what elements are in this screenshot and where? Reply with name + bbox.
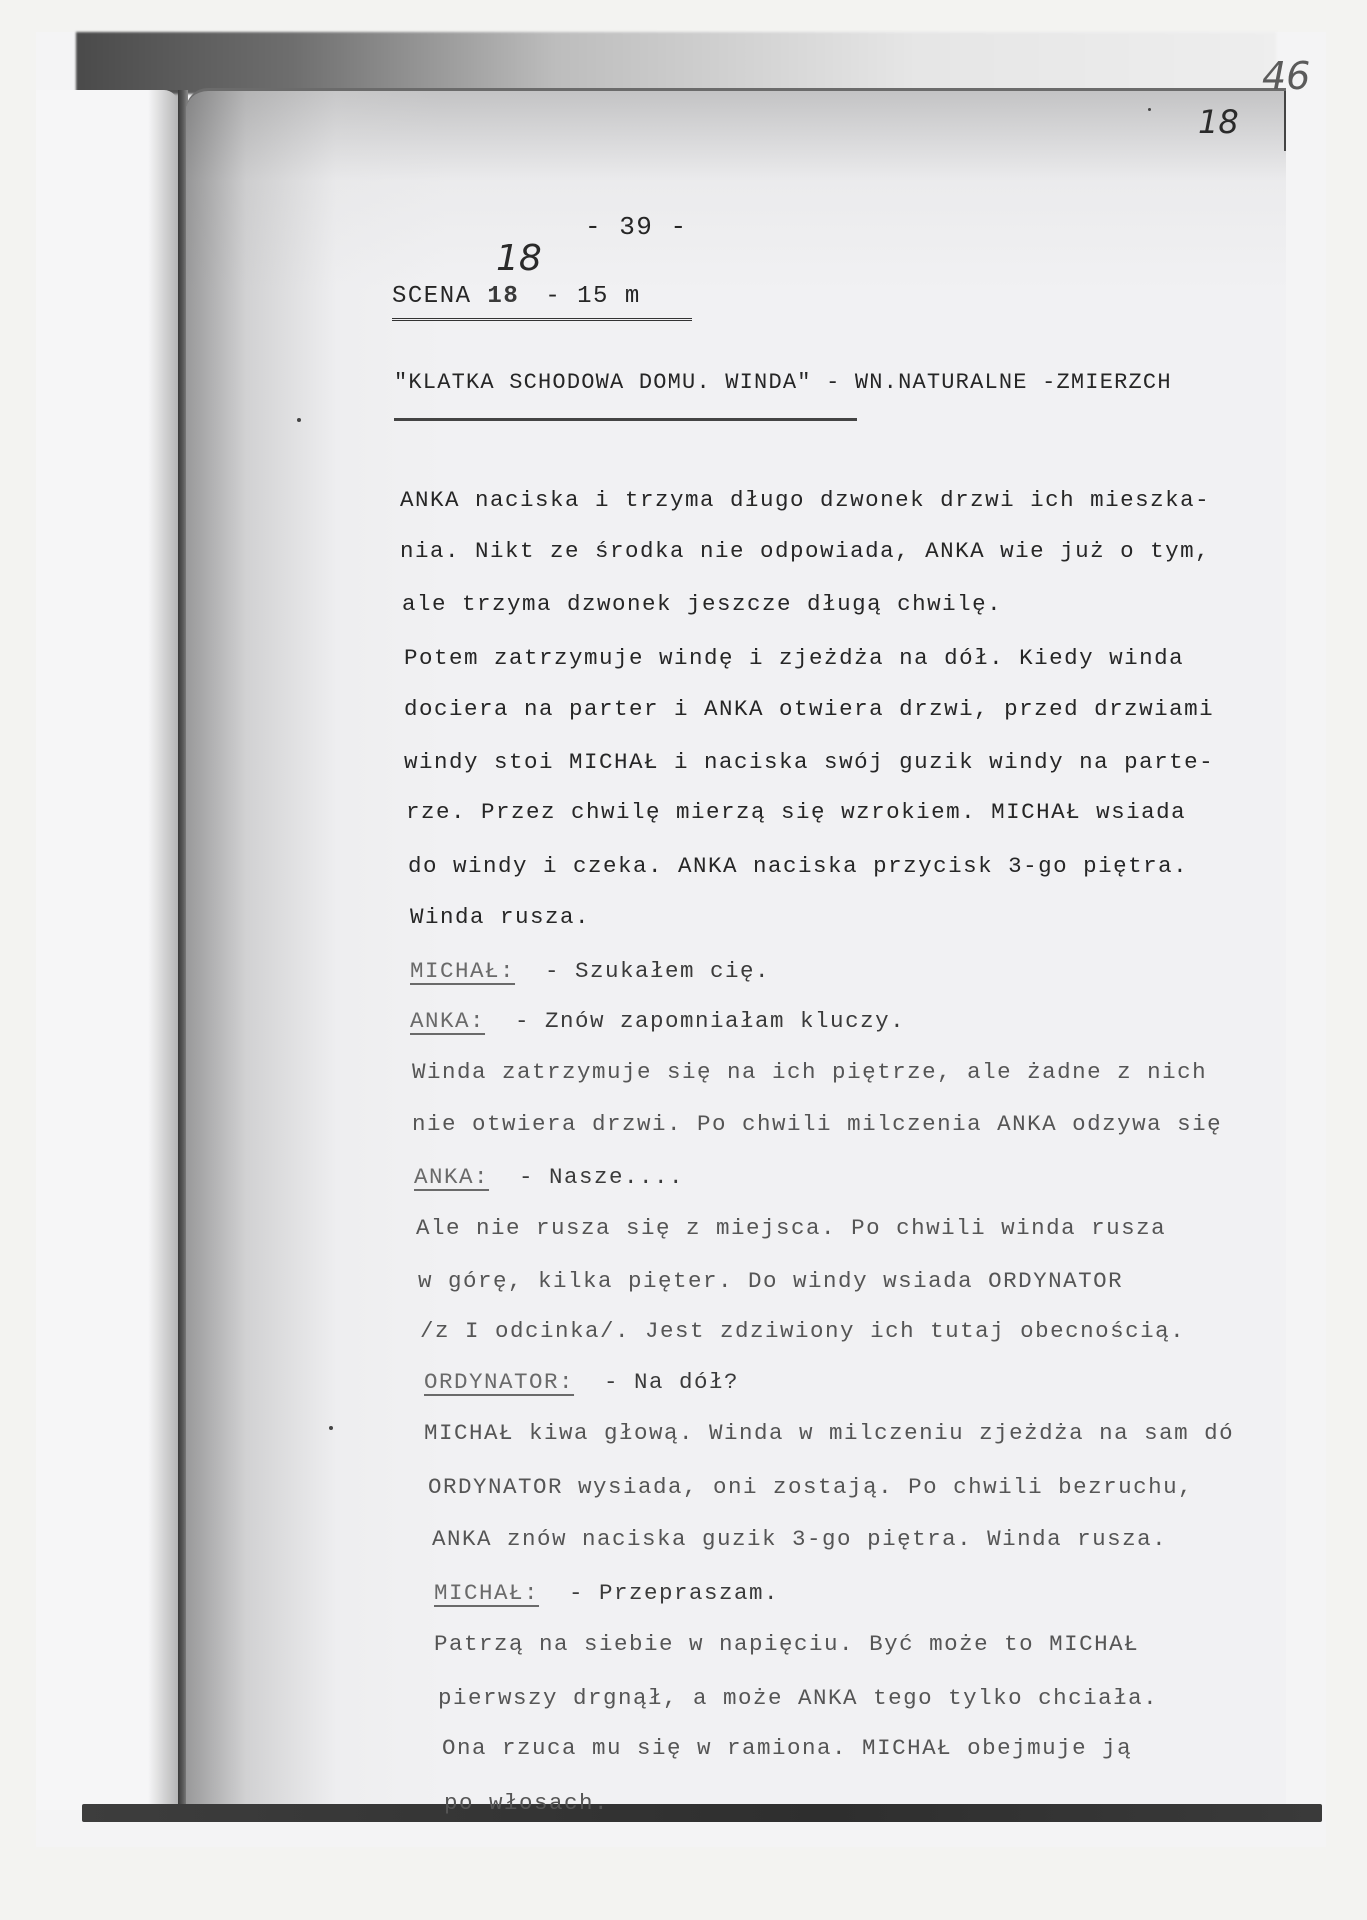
archive-number-handwritten: 46 bbox=[1262, 54, 1310, 98]
action-line: ORDYNATOR wysiada, oni zostają. Po chwil… bbox=[428, 1474, 1193, 1500]
action-line: pierwszy drgnął, a może ANKA tego tylko … bbox=[438, 1685, 1158, 1711]
dialogue-text: - Na dół? bbox=[604, 1369, 739, 1395]
page-number: - 39 - bbox=[585, 212, 688, 242]
action-line: do windy i czeka. ANKA naciska przycisk … bbox=[408, 853, 1188, 879]
scene-length: - 15 m bbox=[545, 283, 640, 310]
dialogue-line: ANKA:- Znów zapomniałam kluczy. bbox=[410, 1008, 905, 1034]
action-line: MICHAŁ kiwa głową. Winda w milczeniu zje… bbox=[424, 1420, 1234, 1446]
action-line: nia. Nikt ze środka nie odpowiada, ANKA … bbox=[400, 538, 1210, 564]
dialogue-line: MICHAŁ:- Przepraszam. bbox=[434, 1580, 779, 1606]
action-line: ANKA znów naciska guzik 3-go piętra. Win… bbox=[432, 1526, 1167, 1552]
action-line: Potem zatrzymuje windę i zjeżdża na dół.… bbox=[404, 645, 1184, 671]
scene-location: "KLATKA SCHODOWA DOMU. WINDA" - WN.NATUR… bbox=[394, 370, 1172, 395]
action-line: nie otwiera drzwi. Po chwili milczenia A… bbox=[412, 1111, 1222, 1137]
dialogue-line: MICHAŁ:- Szukałem cię. bbox=[410, 958, 770, 984]
dialogue-text: - Szukałem cię. bbox=[545, 958, 770, 984]
photocopy-sheet bbox=[36, 32, 1326, 1847]
action-line: Winda zatrzymuje się na ich piętrze, ale… bbox=[412, 1059, 1207, 1085]
dialogue-line: ANKA:- Nasze.... bbox=[414, 1164, 684, 1190]
action-line: dociera na parter i ANKA otwiera drzwi, … bbox=[404, 696, 1214, 722]
photocopy-speck bbox=[1148, 108, 1151, 111]
photocopy-speck bbox=[297, 418, 301, 422]
speaker-name: MICHAŁ: bbox=[434, 1580, 539, 1606]
action-line: Ona rzuca mu się w ramiona. MICHAŁ obejm… bbox=[442, 1735, 1132, 1761]
action-line: Ale nie rusza się z miejsca. Po chwili w… bbox=[416, 1215, 1166, 1241]
bottom-shadow-band bbox=[82, 1804, 1322, 1822]
top-shadow bbox=[76, 32, 1276, 94]
speaker-name: ORDYNATOR: bbox=[424, 1369, 574, 1395]
dialogue-text: - Znów zapomniałam kluczy. bbox=[515, 1008, 905, 1034]
page-corner-edge bbox=[1284, 91, 1286, 151]
speaker-name: ANKA: bbox=[414, 1164, 489, 1190]
scene-heading: SCENA 18 - 15 m bbox=[392, 283, 641, 310]
dialogue-text: - Przepraszam. bbox=[569, 1580, 779, 1606]
dialogue-line: ORDYNATOR:- Na dół? bbox=[424, 1369, 739, 1395]
action-line: ale trzyma dzwonek jeszcze długą chwilę. bbox=[402, 591, 1002, 617]
location-underline bbox=[394, 418, 857, 421]
action-line: /z I odcinka/. Jest zdziwiony ich tutaj … bbox=[420, 1318, 1185, 1344]
speaker-name: ANKA: bbox=[410, 1008, 485, 1034]
previous-page-edge bbox=[36, 90, 178, 1810]
action-line: Winda rusza. bbox=[410, 904, 590, 930]
speaker-name: MICHAŁ: bbox=[410, 958, 515, 984]
scene-number-struck: 18 bbox=[487, 283, 529, 310]
action-line: ANKA naciska i trzyma długo dzwonek drzw… bbox=[400, 487, 1210, 513]
action-line: po włosach. bbox=[444, 1790, 609, 1816]
action-line: windy stoi MICHAŁ i naciska swój guzik w… bbox=[404, 749, 1214, 775]
action-line: rze. Przez chwilę mierzą się wzrokiem. M… bbox=[406, 799, 1186, 825]
dialogue-text: - Nasze.... bbox=[519, 1164, 684, 1190]
action-line: w górę, kilka pięter. Do windy wsiada OR… bbox=[418, 1268, 1123, 1294]
action-line: Patrzą na siebie w napięciu. Być może to… bbox=[434, 1631, 1139, 1657]
sheet-number-handwritten: 18 bbox=[1198, 103, 1239, 141]
scene-heading-underline bbox=[392, 318, 692, 321]
scene-number-handwritten: 18 bbox=[496, 238, 542, 279]
scene-label: SCENA bbox=[392, 283, 472, 310]
photocopy-speck bbox=[329, 1426, 333, 1430]
